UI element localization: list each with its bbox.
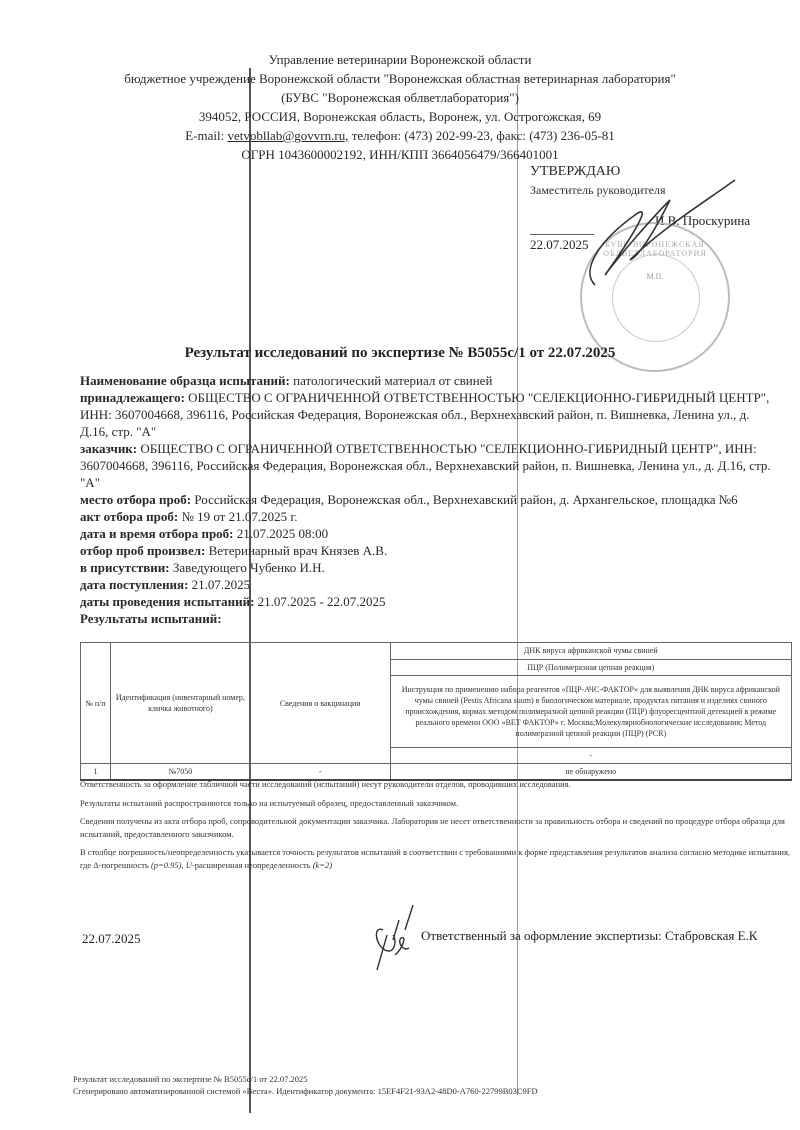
field-owner: принадлежащего: ОБЩЕСТВО С ОГРАНИЧЕННОЙ … [80, 389, 780, 440]
field-sampled-by: отбор проб произвел: Ветеринарный врач К… [80, 542, 780, 559]
header-org-name: бюджетное учреждение Воронежской области… [0, 69, 800, 88]
responsible-signature-icon [365, 900, 420, 975]
field-results-heading: Результаты испытаний: [80, 610, 780, 627]
field-customer: заказчик: ОБЩЕСТВО С ОГРАНИЧЕННОЙ ОТВЕТС… [80, 440, 780, 491]
field-test-dates: даты проведения испытаний: 21.07.2025 - … [80, 593, 780, 610]
field-received-date: дата поступления: 21.07.2025 [80, 576, 780, 593]
note-uncertainty: В столбце погрешность/неопределенность у… [80, 846, 792, 871]
col-header-number: № п/п [81, 643, 111, 764]
field-present: в присутствии: Заведующего Чубенко И.Н. [80, 559, 780, 576]
col-header-uncertainty: - [390, 747, 791, 764]
results-table: № п/п Идентификация (инвентарный номер, … [80, 642, 792, 781]
col-header-method-description: Инструкция по применению набора реагенто… [390, 676, 791, 748]
email-link[interactable]: vetvobllab@govvrn.ru, [227, 128, 348, 143]
footer-document-id: Сгенерировано автоматизированной системо… [73, 1085, 538, 1097]
col-header-vaccination: Сведения о вакцинации [250, 643, 390, 764]
org-header: Управление ветеринарии Воронежской облас… [0, 50, 800, 164]
phones: телефон: (473) 202-99-23, факс: (473) 23… [352, 128, 615, 143]
col-header-method: ПЦР (Полимеразная цепная реакция) [390, 659, 791, 676]
col-header-target: ДНК вируса африканской чумы свиней [390, 643, 791, 660]
sample-info: Наименование образца испытаний: патологи… [80, 372, 780, 627]
field-sample-name: Наименование образца испытаний: патологи… [80, 372, 780, 389]
field-sampling-act: акт отбора проб: № 19 от 21.07.2025 г. [80, 508, 780, 525]
header-ministry: Управление ветеринарии Воронежской облас… [0, 50, 800, 69]
document-title: Результат исследований по экспертизе № B… [0, 345, 800, 362]
signature-date: 22.07.2025 [82, 931, 141, 947]
note-source: Сведения получены из акта отбора проб, с… [80, 815, 792, 840]
field-sampling-place: место отбора проб: Российская Федерация,… [80, 491, 780, 508]
header-address: 394052, РОССИЯ, Воронежская область, Вор… [0, 107, 800, 126]
header-org-short: (БУВС "Воронежская облветлаборатория") [0, 88, 800, 107]
note-responsibility: Ответственность за оформление табличной … [80, 778, 792, 791]
col-header-identification: Идентификация (инвентарный номер, кличка… [110, 643, 250, 764]
responsible-person: Ответственный за оформление экспертизы: … [421, 928, 757, 944]
table-header-row: № п/п Идентификация (инвентарный номер, … [81, 643, 792, 660]
signature-icon [560, 160, 750, 300]
footer-reference: Результат исследований по экспертизе № B… [73, 1073, 538, 1085]
note-scope: Результаты испытаний распространяются то… [80, 797, 792, 810]
field-sampling-datetime: дата и время отбора проб: 21.07.2025 08:… [80, 525, 780, 542]
notes: Ответственность за оформление табличной … [80, 778, 792, 877]
footer: Результат исследований по экспертизе № B… [73, 1073, 538, 1097]
header-contacts: E-mail: vetvobllab@govvrn.ru, телефон: (… [0, 126, 800, 145]
email-label: E-mail: [185, 128, 224, 143]
